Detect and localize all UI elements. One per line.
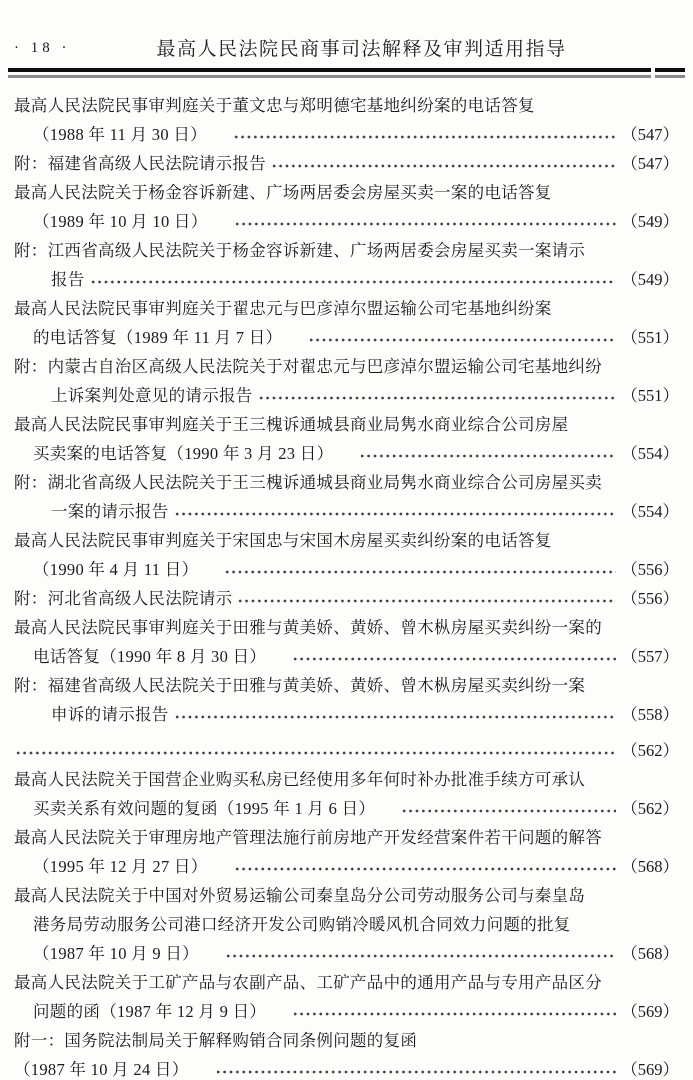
toc-entry: 附：福建省高级人民法院请示报告 （547） <box>14 149 679 178</box>
toc-entry: 一案的请示报告 （554） <box>51 497 679 526</box>
dot-leader <box>174 511 617 517</box>
toc-page-number: （551） <box>621 323 679 352</box>
toc-entry-text: 买卖关系有效问题的复函（1995 年 1 月 6 日） <box>33 794 375 823</box>
toc-page-number: （569） <box>621 1055 679 1080</box>
toc-page-number: （568） <box>621 852 679 881</box>
toc-page-number: （547） <box>621 149 679 178</box>
toc-entry-text: 附：福建省高级人民法院请示报告 <box>14 149 266 178</box>
toc-entry: 最高人民法院民事审判庭关于田雅与黄美娇、黄娇、曾木枞房屋买卖纠纷一案的 <box>14 613 679 642</box>
toc-entry-text: 最高人民法院关于杨金容诉新建、广场两居委会房屋买卖一案的电话答复 <box>14 178 552 207</box>
dot-leader <box>234 866 617 872</box>
dot-leader <box>237 598 616 604</box>
dot-leader <box>233 134 616 140</box>
toc-entry-text: 一案的请示报告 <box>51 497 169 526</box>
toc-entry-text: 最高人民法院民事审判庭关于董文忠与郑明德宅基地纠纷案的电话答复 <box>14 91 535 120</box>
toc-entry: （1990 年 4 月 11 日） （556） <box>33 555 679 584</box>
toc-entry: 附一：国务院法制局关于解释购销合同条例问题的复函 <box>14 1026 679 1055</box>
toc-page-number: （562） <box>621 794 679 823</box>
toc-entry-text: 附一：国务院法制局关于解释购销合同条例问题的复函 <box>14 1026 417 1055</box>
toc-entry: 最高人民法院民事审判庭关于翟忠元与巴彦淖尔盟运输公司宅基地纠纷案 <box>14 294 679 323</box>
toc-entry: 附：江西省高级人民法院关于杨金容诉新建、广场两居委会房屋买卖一案请示 <box>14 236 679 265</box>
toc-entry: 最高人民法院民事审判庭关于董文忠与郑明德宅基地纠纷案的电话答复 <box>14 91 679 120</box>
header-rule <box>8 68 685 78</box>
dot-leader <box>308 337 616 343</box>
toc-entry: （1995 年 12 月 27 日） （568） <box>33 852 679 881</box>
toc-entry-text: （1988 年 11 月 30 日） <box>33 120 207 149</box>
toc-entry: 附：湖北省高级人民法院关于王三槐诉通城县商业局隽水商业综合公司房屋买卖 <box>14 468 679 497</box>
header-rule-top <box>8 68 685 72</box>
toc-entry-text: 最高人民法院关于审理房地产管理法施行前房地产开发经营案件若干问题的解答 <box>14 823 602 852</box>
toc-entry: 附：福建省高级人民法院关于田雅与黄美娇、黄娇、曾木枞房屋买卖纠纷一案 <box>14 671 679 700</box>
toc-page-number: （556） <box>621 555 679 584</box>
dot-leader <box>292 1011 616 1017</box>
toc-entry: 上诉案判处意见的请示报告 （551） <box>51 381 679 410</box>
toc-page-number: （554） <box>621 497 679 526</box>
running-head: · 18 · 最高人民法院民商事司法解释及审判适用指导 <box>14 34 679 62</box>
toc-entry: （562） <box>14 736 679 765</box>
toc-page-number: （568） <box>621 939 679 968</box>
toc-entry-text: 的电话答复（1989 年 11 月 7 日） <box>33 323 282 352</box>
dot-leader <box>224 569 616 575</box>
toc-entry-text: 港务局劳动服务公司港口经济开发公司购销冷暖风机合同效力问题的批复 <box>33 910 571 939</box>
toc-entry-text: 附：内蒙古自治区高级人民法院关于对翟忠元与巴彦淖尔盟运输公司宅基地纠纷 <box>14 352 602 381</box>
toc-entry-text: （1987 年 10 月 9 日） <box>33 939 199 968</box>
dot-leader <box>234 221 617 227</box>
dot-leader <box>401 808 616 814</box>
dot-leader <box>90 279 617 285</box>
toc-entry: 的电话答复（1989 年 11 月 7 日） （551） <box>33 323 679 352</box>
toc-page-number: （556） <box>621 584 679 613</box>
toc-entry-text: 附：福建省高级人民法院关于田雅与黄美娇、黄娇、曾木枞房屋买卖纠纷一案 <box>14 671 585 700</box>
toc-entry-text: （1989 年 10 月 10 日） <box>33 207 208 236</box>
toc-entry-text: 最高人民法院关于中国对外贸易运输公司秦皇岛分公司劳动服务公司与秦皇岛 <box>14 881 585 910</box>
book-title: 最高人民法院民商事司法解释及审判适用指导 <box>14 34 679 61</box>
dot-leader <box>359 453 616 459</box>
toc-page-number: （554） <box>621 439 679 468</box>
dot-leader <box>271 163 616 169</box>
toc-entry: 最高人民法院关于工矿产品与农副产品、工矿产品中的通用产品与专用产品区分 <box>14 968 679 997</box>
toc-entry-text: 上诉案判处意见的请示报告 <box>51 381 253 410</box>
toc-page-number: （549） <box>621 207 679 236</box>
toc-entry: 报告 （549） <box>51 265 679 294</box>
dot-leader <box>174 714 617 720</box>
toc-list: 最高人民法院民事审判庭关于董文忠与郑明德宅基地纠纷案的电话答复 （1988 年 … <box>14 91 679 1080</box>
toc-entry: 买卖关系有效问题的复函（1995 年 1 月 6 日） （562） <box>33 794 679 823</box>
toc-page-number: （549） <box>621 265 679 294</box>
toc-entry: 最高人民法院民事审判庭关于王三槐诉通城县商业局隽水商业综合公司房屋 <box>14 410 679 439</box>
toc-entry: （1987 年 10 月 24 日） （569） <box>14 1055 679 1080</box>
toc-entry: 港务局劳动服务公司港口经济开发公司购销冷暖风机合同效力问题的批复 <box>33 910 679 939</box>
toc-entry-text: 最高人民法院关于工矿产品与农副产品、工矿产品中的通用产品与专用产品区分 <box>14 968 602 997</box>
toc-entry-text: 报告 <box>51 265 85 294</box>
toc-entry-text: 最高人民法院民事审判庭关于王三槐诉通城县商业局隽水商业综合公司房屋 <box>14 410 568 439</box>
toc-entry-text: 附：河北省高级人民法院请示 <box>14 584 232 613</box>
toc-entry: （1988 年 11 月 30 日） （547） <box>33 120 679 149</box>
toc-page-number: （547） <box>621 120 679 149</box>
toc-entry-text: 最高人民法院民事审判庭关于田雅与黄美娇、黄娇、曾木枞房屋买卖纠纷一案的 <box>14 613 602 642</box>
book-page: · 18 · 最高人民法院民商事司法解释及审判适用指导 最高人民法院民事审判庭关… <box>0 0 693 1080</box>
dot-leader <box>258 395 617 401</box>
toc-page-number: （551） <box>621 381 679 410</box>
toc-entry-text: 附：江西省高级人民法院关于杨金容诉新建、广场两居委会房屋买卖一案请示 <box>14 236 585 265</box>
toc-entry: 买卖案的电话答复（1990 年 3 月 23 日） （554） <box>33 439 679 468</box>
toc-entry-text: 电话答复（1990 年 8 月 30 日） <box>33 642 266 671</box>
toc-entry: （1987 年 10 月 9 日） （568） <box>33 939 679 968</box>
toc-entry: 附：河北省高级人民法院请示 （556） <box>14 584 679 613</box>
toc-entry: 最高人民法院关于国营企业购买私房已经使用多年何时补办批准手续方可承认 <box>14 765 679 794</box>
toc-entry: 最高人民法院关于审理房地产管理法施行前房地产开发经营案件若干问题的解答 <box>14 823 679 852</box>
header-rule-bottom <box>8 75 685 78</box>
toc-entry-text: 附：湖北省高级人民法院关于王三槐诉通城县商业局隽水商业综合公司房屋买卖 <box>14 468 602 497</box>
dot-leader <box>15 750 616 756</box>
dot-leader <box>215 1069 617 1075</box>
toc-entry-text: 最高人民法院民事审判庭关于翟忠元与巴彦淖尔盟运输公司宅基地纠纷案 <box>14 294 552 323</box>
toc-entry-text: （1995 年 12 月 27 日） <box>33 852 208 881</box>
dot-leader <box>225 953 616 959</box>
toc-entry-text: （1990 年 4 月 11 日） <box>33 555 198 584</box>
toc-entry-text: 买卖案的电话答复（1990 年 3 月 23 日） <box>33 439 333 468</box>
toc-entry-text: 问题的函（1987 年 12 月 9 日） <box>33 997 266 1026</box>
toc-entry: 最高人民法院民事审判庭关于宋国忠与宋国木房屋买卖纠纷案的电话答复 <box>14 526 679 555</box>
page-number: · 18 · <box>14 40 71 57</box>
toc-page-number: （562） <box>621 736 679 765</box>
toc-entry: 最高人民法院关于杨金容诉新建、广场两居委会房屋买卖一案的电话答复 <box>14 178 679 207</box>
toc-entry-text: 最高人民法院民事审判庭关于宋国忠与宋国木房屋买卖纠纷案的电话答复 <box>14 526 552 555</box>
toc-page-number: （569） <box>621 997 679 1026</box>
toc-page-number: （557） <box>621 642 679 671</box>
toc-entry-text: （1987 年 10 月 24 日） <box>14 1055 189 1080</box>
toc-entry: 最高人民法院关于中国对外贸易运输公司秦皇岛分公司劳动服务公司与秦皇岛 <box>14 881 679 910</box>
toc-entry: 电话答复（1990 年 8 月 30 日） （557） <box>33 642 679 671</box>
toc-entry-text: 最高人民法院关于国营企业购买私房已经使用多年何时补办批准手续方可承认 <box>14 765 585 794</box>
toc-entry: 附：内蒙古自治区高级人民法院关于对翟忠元与巴彦淖尔盟运输公司宅基地纠纷 <box>14 352 679 381</box>
toc-page-number: （558） <box>621 700 679 729</box>
toc-entry: （1989 年 10 月 10 日） （549） <box>33 207 679 236</box>
dot-leader <box>292 656 616 662</box>
toc-entry-text: 申诉的请示报告 <box>51 700 169 729</box>
toc-entry: 申诉的请示报告 （558） <box>51 700 679 729</box>
toc-entry: 问题的函（1987 年 12 月 9 日） （569） <box>33 997 679 1026</box>
